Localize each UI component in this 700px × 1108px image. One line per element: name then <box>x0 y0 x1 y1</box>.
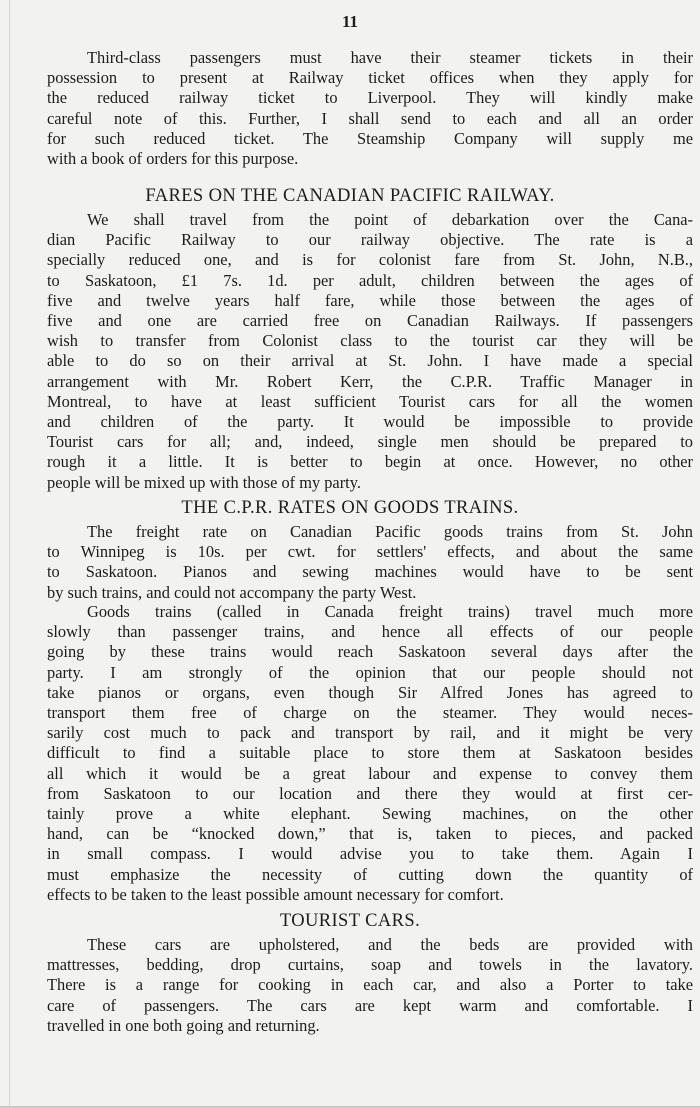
text-line: hand, can be “knocked down,” that is, ta… <box>47 824 693 844</box>
text-line: care of passengers. The cars are kept wa… <box>47 996 693 1016</box>
text-line: Montreal, to have at least sufficient To… <box>47 392 693 412</box>
text-line: from Saskatoon to our location and there… <box>47 784 693 804</box>
text-line: difficult to find a suitable place to st… <box>47 743 693 763</box>
text-line: specially reduced one, and is for coloni… <box>47 250 693 270</box>
goods-trains-paragraph-2: Goods trains (called in Canada freight t… <box>47 602 693 905</box>
text-line: by such trains, and could not accompany … <box>47 583 693 603</box>
text-line: five and twelve years half fare, while t… <box>47 291 693 311</box>
text-line: dian Pacific Railway to our railway obje… <box>47 230 693 250</box>
text-line: Goods trains (called in Canada freight t… <box>47 602 693 622</box>
text-line: possession to present at Railway ticket … <box>47 68 693 88</box>
scanned-page: 11 Third-class passengers must have thei… <box>0 0 700 1108</box>
text-line: and children of the party. It would be i… <box>47 412 693 432</box>
text-line: Third-class passengers must have their s… <box>47 48 693 68</box>
text-line: These cars are upholstered, and the beds… <box>47 935 693 955</box>
text-line: tainly prove a white elephant. Sewing ma… <box>47 804 693 824</box>
text-line: going by these trains would reach Saskat… <box>47 642 693 662</box>
text-line: travelled in one both going and returnin… <box>47 1016 693 1036</box>
page-number: 11 <box>0 12 700 32</box>
text-line: sarily cost much to pack and transport b… <box>47 723 693 743</box>
text-line: The freight rate on Canadian Pacific goo… <box>47 522 693 542</box>
text-line: all which it would be a great labour and… <box>47 764 693 784</box>
text-line: to Winnipeg is 10s. per cwt. for settler… <box>47 542 693 562</box>
text-line: slowly than passenger trains, and hence … <box>47 622 693 642</box>
fares-paragraph: We shall travel from the point of debark… <box>47 210 693 493</box>
text-line: for such reduced ticket. The Steamship C… <box>47 129 693 149</box>
goods-trains-paragraph-1: The freight rate on Canadian Pacific goo… <box>47 522 693 603</box>
section-heading-tourist-cars: TOURIST CARS. <box>0 911 700 932</box>
text-line: to Saskatoon, £1 7s. 1d. per adult, chil… <box>47 271 693 291</box>
text-line: the reduced railway ticket to Liverpool.… <box>47 88 693 108</box>
text-line: arrangement with Mr. Robert Kerr, the C.… <box>47 372 693 392</box>
text-line: wish to transfer from Colonist class to … <box>47 331 693 351</box>
text-line: Tourist cars for all; and, indeed, singl… <box>47 432 693 452</box>
text-line: There is a range for cooking in each car… <box>47 975 693 995</box>
text-line: able to do so on their arrival at St. Jo… <box>47 351 693 371</box>
text-line: party. I am strongly of the opinion that… <box>47 663 693 683</box>
text-line: five and one are carried free on Canadia… <box>47 311 693 331</box>
text-line: transport them free of charge on the ste… <box>47 703 693 723</box>
text-line: mattresses, bedding, drop curtains, soap… <box>47 955 693 975</box>
text-line: must emphasize the necessity of cutting … <box>47 865 693 885</box>
section-heading-fares: FARES ON THE CANADIAN PACIFIC RAILWAY. <box>0 186 700 207</box>
text-line: We shall travel from the point of debark… <box>47 210 693 230</box>
text-line: people will be mixed up with those of my… <box>47 473 693 493</box>
text-line: effects to be taken to the least possibl… <box>47 885 693 905</box>
text-line: rough it a little. It is better to begin… <box>47 452 693 472</box>
text-line: careful note of this. Further, I shall s… <box>47 109 693 129</box>
text-line: to Saskatoon. Pianos and sewing machines… <box>47 562 693 582</box>
page-edge-line <box>9 0 10 1108</box>
intro-paragraph: Third-class passengers must have their s… <box>47 48 693 169</box>
section-heading-goods-trains: THE C.P.R. RATES ON GOODS TRAINS. <box>0 498 700 519</box>
text-line: with a book of orders for this purpose. <box>47 149 693 169</box>
tourist-cars-paragraph: These cars are upholstered, and the beds… <box>47 935 693 1036</box>
text-line: take pianos or organs, even though Sir A… <box>47 683 693 703</box>
text-line: in small compass. I would advise you to … <box>47 844 693 864</box>
